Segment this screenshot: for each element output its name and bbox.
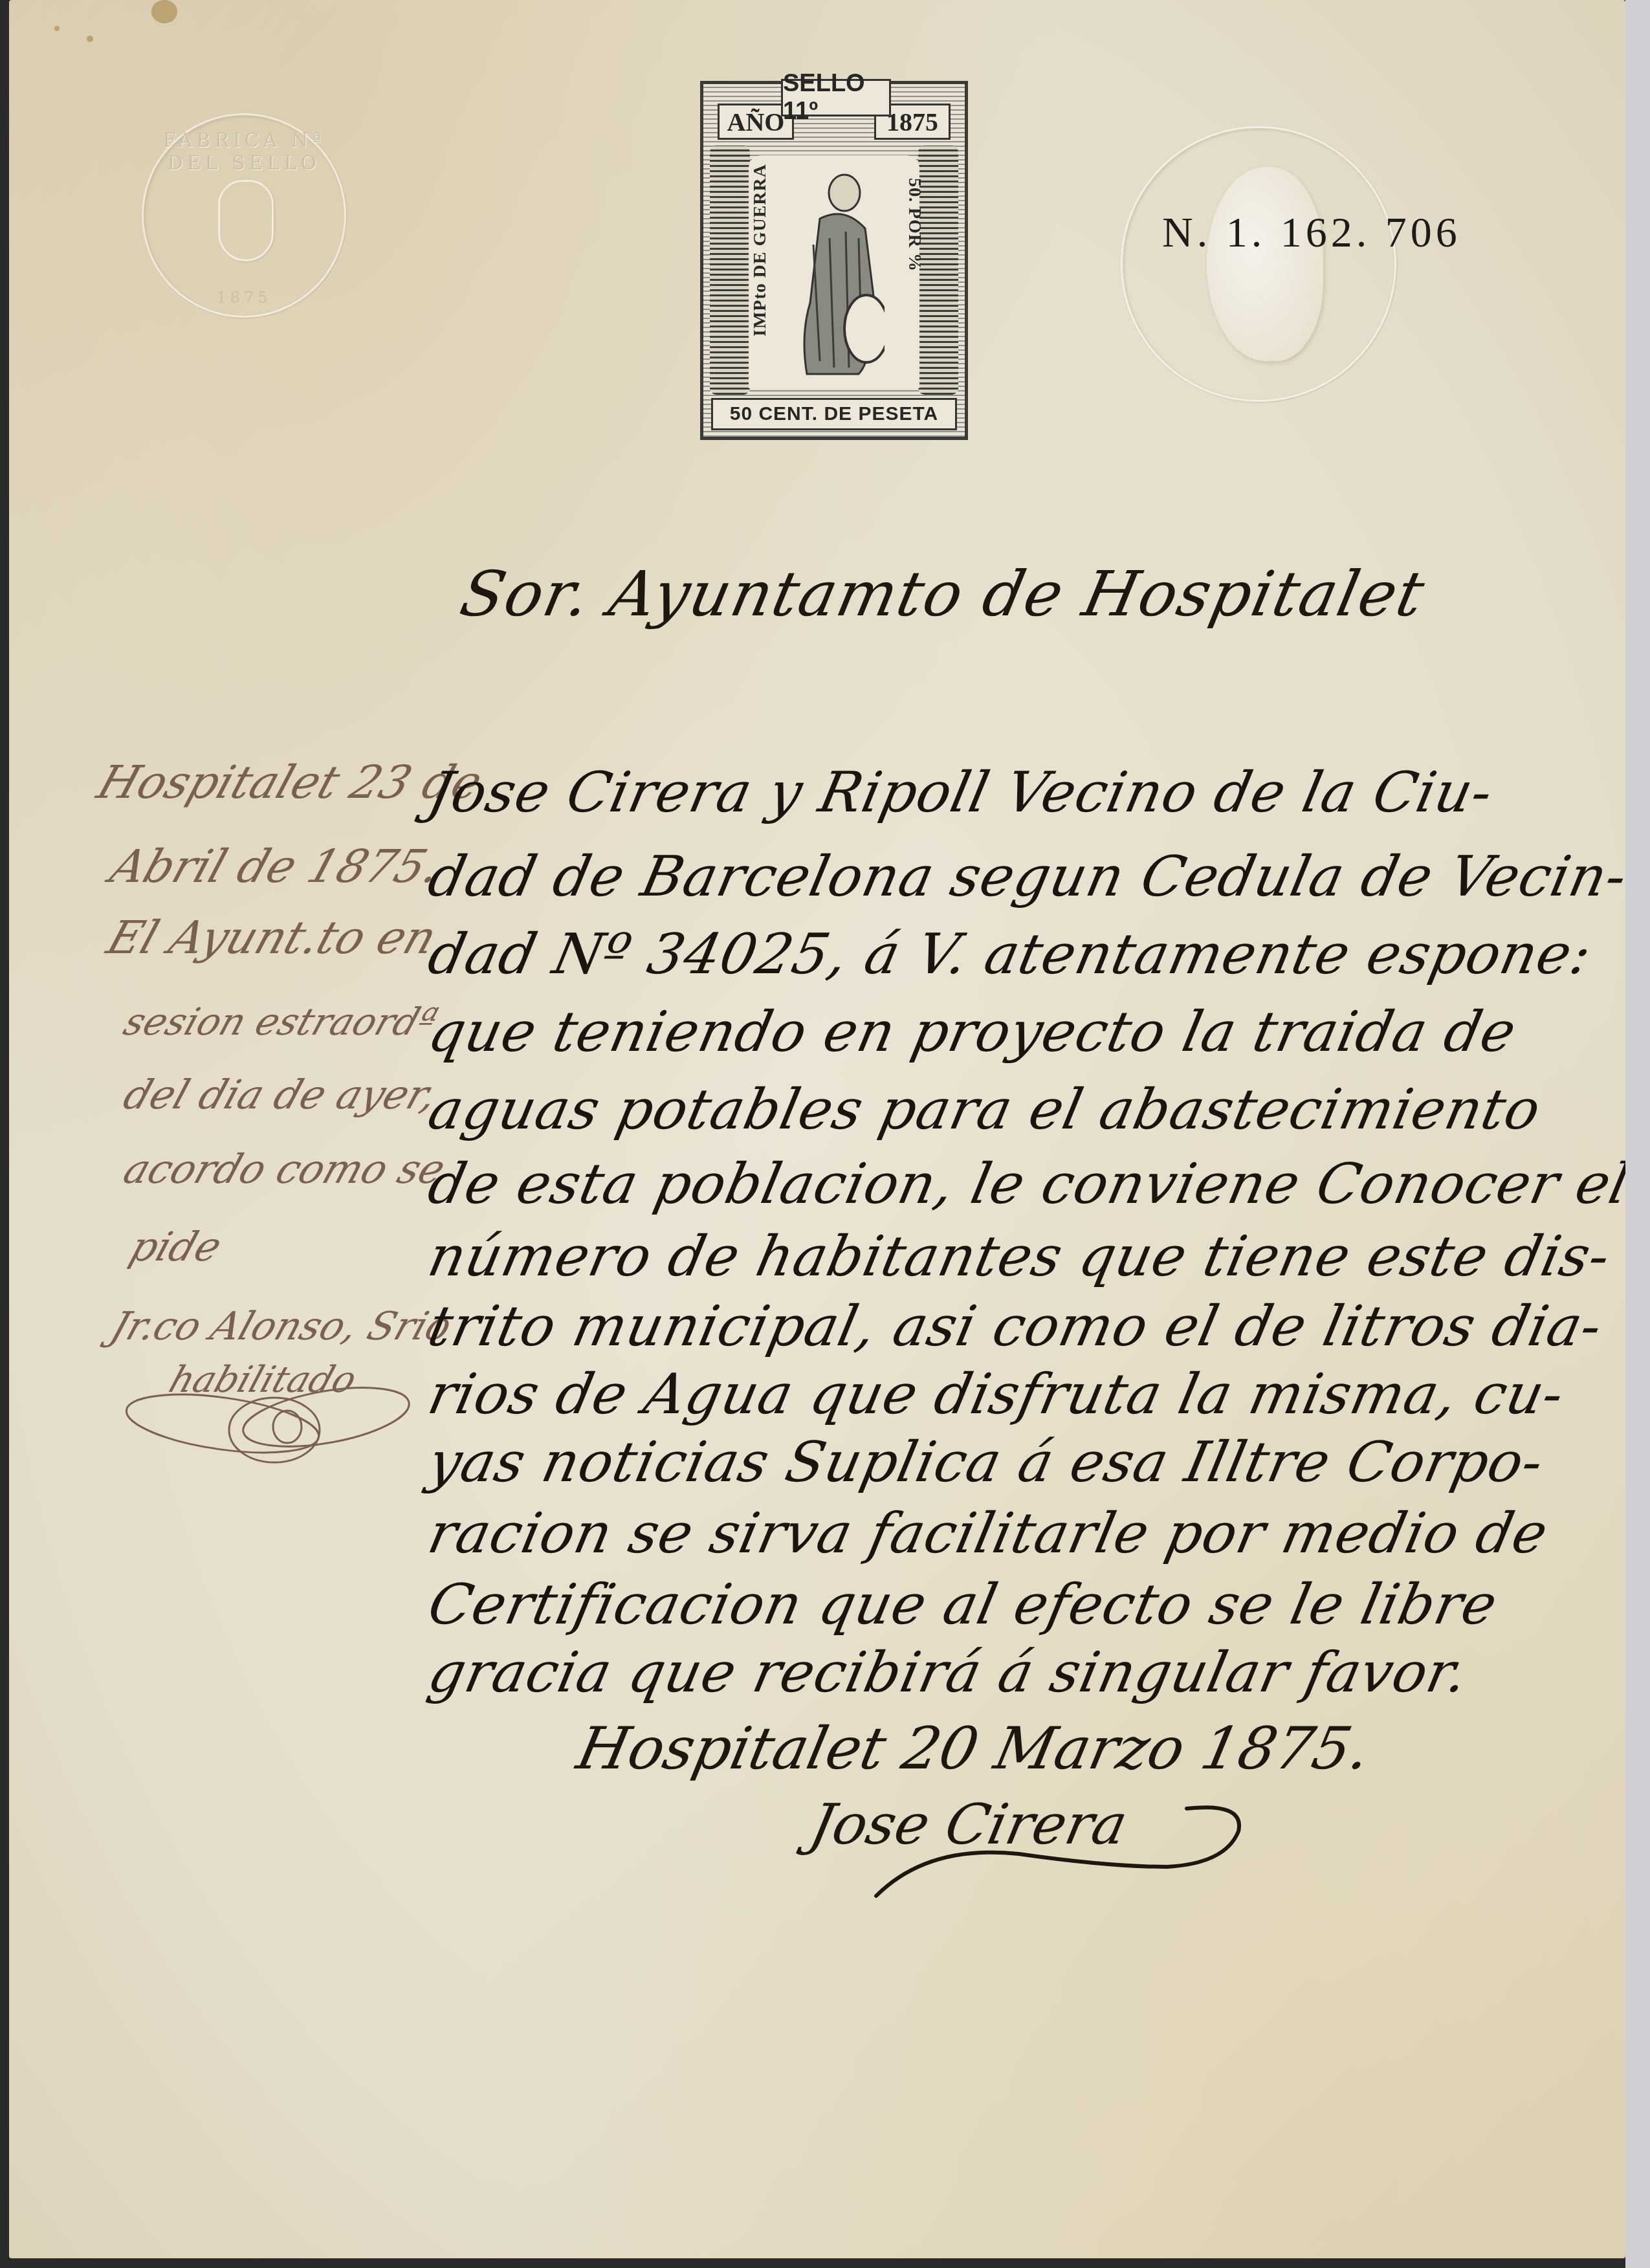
margin-note-line: acordo como se <box>118 1145 451 1193</box>
margin-note-line: pide <box>124 1223 228 1270</box>
margin-note-line: del dia de ayer, <box>118 1071 443 1118</box>
profile-head-icon <box>1207 167 1323 361</box>
margin-note-line: Jr.co Alonso, Srio <box>105 1304 457 1349</box>
stamp-value: 50 CENT. DE PESETA <box>711 398 957 430</box>
ink-stain <box>151 0 177 23</box>
scanner-background-edge <box>1625 0 1650 2268</box>
body-line: racion se sirva facilitarle por medio de <box>423 1501 1554 1566</box>
body-line: trito municipal, asi como el de litros d… <box>423 1294 1608 1359</box>
margin-note-line: El Ayunt.to en <box>101 911 443 964</box>
embossed-seal-right <box>1121 126 1396 402</box>
margin-rubric-flourish-icon <box>113 1378 423 1469</box>
foxing-spot <box>87 36 93 42</box>
body-line: Certificacion que al efecto se le libre <box>423 1572 1502 1637</box>
body-line: que teniendo en proyecto la traida de <box>423 1000 1522 1064</box>
margin-note-line: sesion estraordª <box>118 1000 443 1044</box>
salutation: Sor. Ayuntamto de Hospitalet <box>454 558 1431 630</box>
body-line: de esta poblacion, le conviene Conocer e… <box>423 1152 1635 1217</box>
coat-of-arms-icon <box>218 180 274 261</box>
revenue-stamp: AÑO 1875 SELLO 11º IMPto DE GUERRA 50. P… <box>700 81 968 440</box>
body-line: yas noticias Suplica á esa Illtre Corpo- <box>423 1430 1549 1495</box>
place-date: Hospitalet 20 Marzo 1875. <box>571 1715 1376 1783</box>
seated-allegory-figure-icon <box>794 167 885 380</box>
stamp-ornament-column-left <box>710 146 750 395</box>
margin-note-line: Abril de 1875. <box>104 840 448 893</box>
body-line: aguas potables para el abastecimiento <box>423 1077 1546 1142</box>
signature-flourish-icon <box>721 1805 1251 1902</box>
seal-ring-text: FABRICA Nª DEL SELLO <box>144 129 344 175</box>
body-line: dad Nº 34025, á V. atentamente espone: <box>423 922 1597 987</box>
stamp-side-text-right: 50. POR % <box>904 178 925 272</box>
embossed-seal-left: FABRICA Nª DEL SELLO 1875 <box>142 113 346 318</box>
stamp-label-sello: SELLO 11º <box>781 79 891 116</box>
body-line: gracia que recibirá á singular favor. <box>423 1640 1473 1705</box>
body-line: rios de Agua que disfruta la misma, cu- <box>423 1362 1570 1427</box>
stamp-side-text-left: IMPto DE GUERRA <box>750 164 771 336</box>
seal-year: 1875 <box>144 289 344 307</box>
body-line: dad de Barcelona segun Cedula de Vecin- <box>423 844 1633 909</box>
foxing-spot <box>54 26 60 31</box>
serial-number: N. 1. 162. 706 <box>1162 208 1461 258</box>
body-line: Jose Cirera y Ripoll Vecino de la Ciu- <box>423 760 1499 825</box>
document-page: FABRICA Nª DEL SELLO 1875 AÑO 1875 SELLO… <box>9 0 1625 2258</box>
body-line: número de habitantes que tiene este dis- <box>423 1224 1616 1289</box>
